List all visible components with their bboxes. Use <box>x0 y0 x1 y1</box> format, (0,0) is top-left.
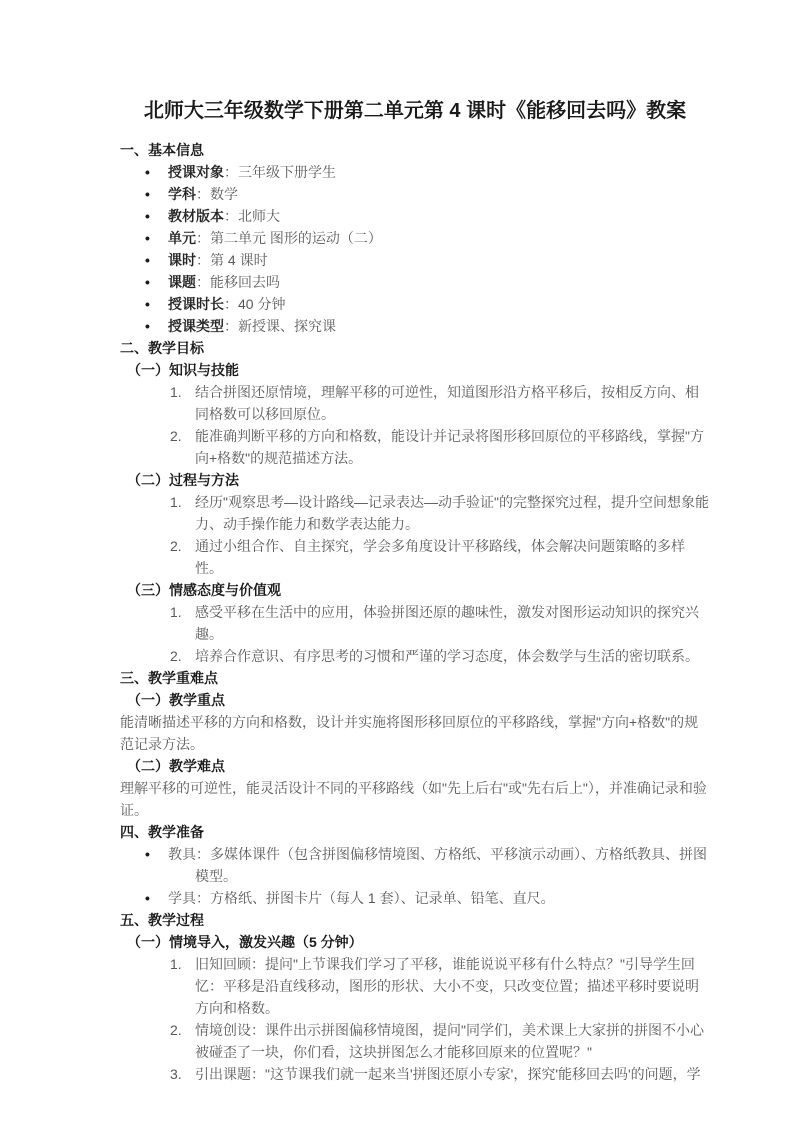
item-value: ：新授课、探究课 <box>224 318 336 334</box>
list-item: 经历"观察思考—设计路线—记录表达—动手验证"的完整探究过程，提升空间想象能力、… <box>120 491 710 535</box>
section-heading-key-points: 三、教学重难点 <box>120 667 710 689</box>
item-label: 课时 <box>168 252 196 268</box>
item-label: 单元 <box>168 230 196 246</box>
list-item-lesson-type: 授课类型：新授课、探究课 <box>120 315 710 337</box>
list-item-lesson-number: 课时：第 4 课时 <box>120 249 710 271</box>
list-item: 结合拼图还原情境，理解平移的可逆性，知道图形沿方格平移后，按相反方向、相同格数可… <box>120 381 710 425</box>
teaching-focus-text: 能清晰描述平移的方向和格数，设计并实施将图形移回原位的平移路线，掌握"方向+格数… <box>120 711 710 755</box>
item-value: ：能移回去吗 <box>196 274 280 290</box>
list-item-duration: 授课时长：40 分钟 <box>120 293 710 315</box>
subsection-heading-teaching-difficulty: （二）教学难点 <box>120 755 710 777</box>
subsection-heading-emotion-values: （三）情感态度与价值观 <box>120 579 710 601</box>
list-item-topic: 引出课题："这节课我们就一起来当'拼图还原小专家'，探究'能移回去吗'的问题，学 <box>120 1063 710 1085</box>
section-heading-preparation: 四、教学准备 <box>120 821 710 843</box>
item-value: ：数学 <box>196 186 238 202</box>
subsection-heading-process-methods: （二）过程与方法 <box>120 469 710 491</box>
list-item-unit: 单元：第二单元 图形的运动（二） <box>120 227 710 249</box>
basic-info-list: 授课对象：三年级下册学生 学科：数学 教材版本：北师大 单元：第二单元 图形的运… <box>120 161 710 337</box>
subsection-heading-knowledge-skills: （一）知识与技能 <box>120 359 710 381</box>
item-value: ：40 分钟 <box>224 296 285 312</box>
list-item: 感受平移在生活中的应用，体验拼图还原的趣味性，激发对图形运动知识的探究兴趣。 <box>120 601 710 645</box>
item-value: ：第二单元 图形的运动（二） <box>196 230 382 246</box>
item-value: ：三年级下册学生 <box>224 164 336 180</box>
item-value: ：北师大 <box>224 208 280 224</box>
list-item-teaching-aids: 教具：多媒体课件（包含拼图偏移情境图、方格纸、平移演示动画）、方格纸教具、拼图模… <box>120 843 710 887</box>
list-item-textbook-version: 教材版本：北师大 <box>120 205 710 227</box>
intro-stage-list: 旧知回顾：提问"上节课我们学习了平移，谁能说说平移有什么特点？"引导学生回忆：平… <box>120 953 710 1085</box>
list-item: 通过小组合作、自主探究，学会多角度设计平移路线，体会解决问题策略的多样性。 <box>120 535 710 579</box>
subsection-heading-intro-stage: （一）情境导入，激发兴趣（5 分钟） <box>120 931 710 953</box>
list-item-scenario: 情境创设：课件出示拼图偏移情境图，提问"同学们，美术课上大家拼的拼图不小心被碰歪… <box>120 1019 710 1063</box>
preparation-list: 教具：多媒体课件（包含拼图偏移情境图、方格纸、平移演示动画）、方格纸教具、拼图模… <box>120 843 710 909</box>
process-methods-list: 经历"观察思考—设计路线—记录表达—动手验证"的完整探究过程，提升空间想象能力、… <box>120 491 710 579</box>
list-item: 培养合作意识、有序思考的习惯和严谨的学习态度，体会数学与生活的密切联系。 <box>120 645 710 667</box>
item-value: ：第 4 课时 <box>196 252 268 268</box>
document-page: 北师大三年级数学下册第二单元第 4 课时《能移回去吗》教案 一、基本信息 授课对… <box>0 0 794 1123</box>
section-heading-objectives: 二、教学目标 <box>120 337 710 359</box>
subsection-heading-teaching-focus: （一）教学重点 <box>120 689 710 711</box>
list-item-subject: 学科：数学 <box>120 183 710 205</box>
teaching-difficulty-text: 理解平移的可逆性，能灵活设计不同的平移路线（如"先上后右"或"先右后上"），并准… <box>120 777 710 821</box>
item-label: 教材版本 <box>168 208 224 224</box>
section-heading-basic-info: 一、基本信息 <box>120 139 710 161</box>
list-item: 能准确判断平移的方向和格数，能设计并记录将图形移回原位的平移路线，掌握"方向+格… <box>120 425 710 469</box>
item-label: 学科 <box>168 186 196 202</box>
emotion-values-list: 感受平移在生活中的应用，体验拼图还原的趣味性，激发对图形运动知识的探究兴趣。 培… <box>120 601 710 667</box>
list-item-student-aids: 学具：方格纸、拼图卡片（每人 1 套）、记录单、铅笔、直尺。 <box>120 887 710 909</box>
item-label: 授课时长 <box>168 296 224 312</box>
list-item-teaching-target: 授课对象：三年级下册学生 <box>120 161 710 183</box>
list-item-lesson-title: 课题：能移回去吗 <box>120 271 710 293</box>
document-title: 北师大三年级数学下册第二单元第 4 课时《能移回去吗》教案 <box>120 97 710 125</box>
item-label: 授课类型 <box>168 318 224 334</box>
item-label: 授课对象 <box>168 164 224 180</box>
list-item-review: 旧知回顾：提问"上节课我们学习了平移，谁能说说平移有什么特点？"引导学生回忆：平… <box>120 953 710 1019</box>
section-heading-process: 五、教学过程 <box>120 909 710 931</box>
knowledge-skills-list: 结合拼图还原情境，理解平移的可逆性，知道图形沿方格平移后，按相反方向、相同格数可… <box>120 381 710 469</box>
item-label: 课题 <box>168 274 196 290</box>
